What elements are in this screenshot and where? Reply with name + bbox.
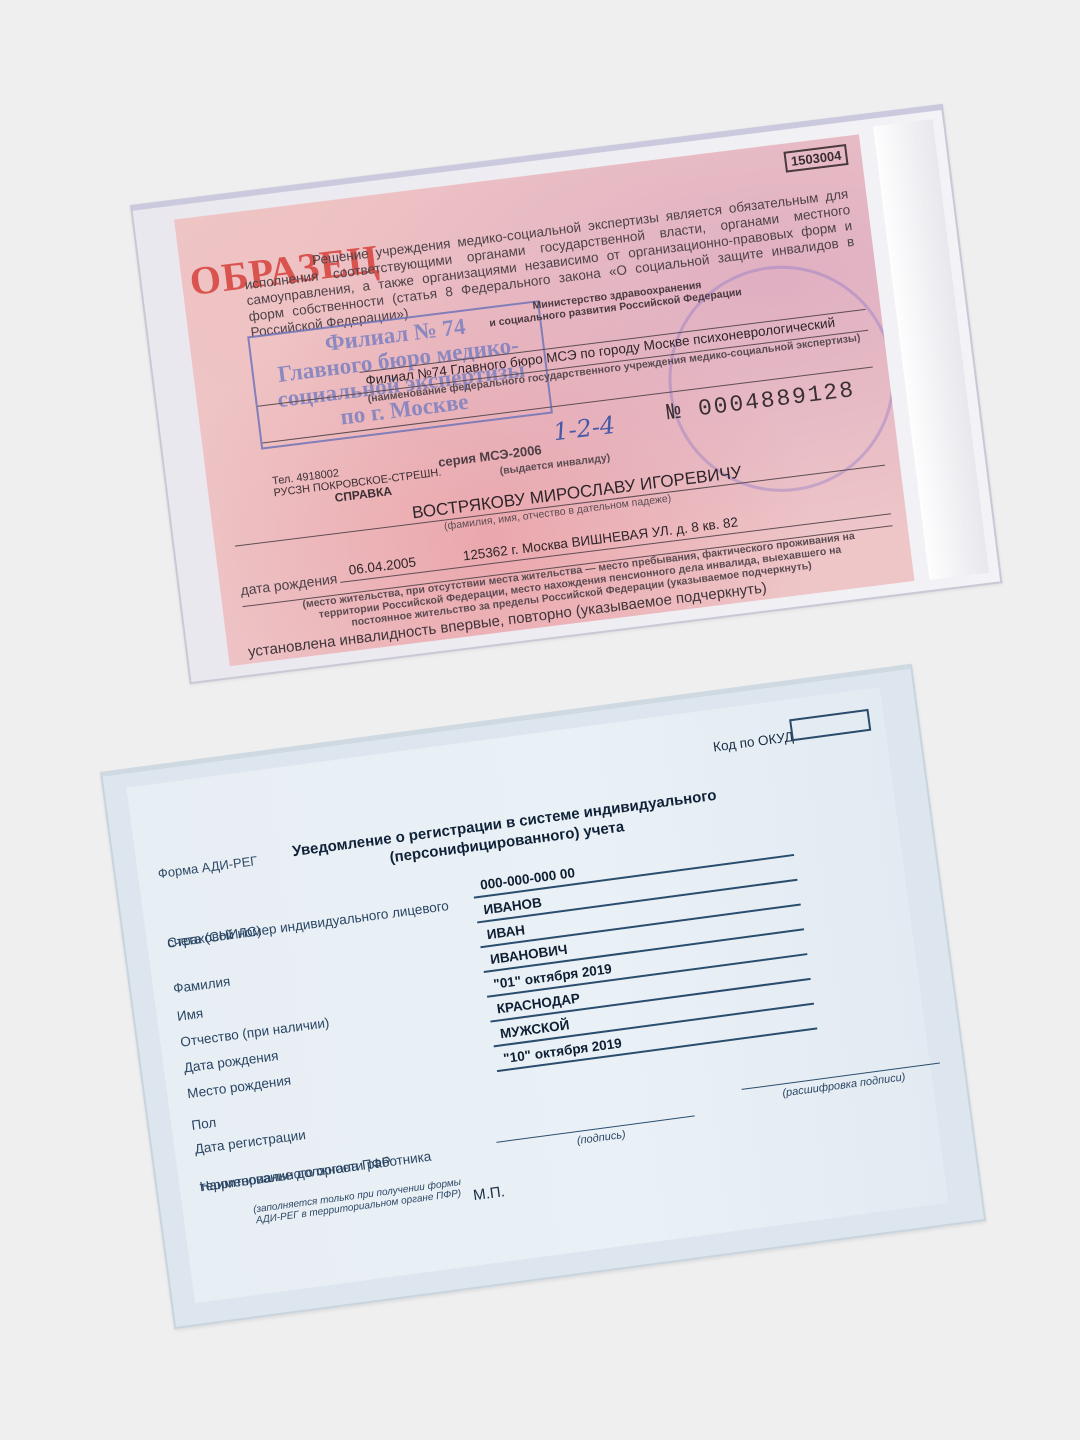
certificate-sleeve: 1503004 ОБРАЗЕЦ Решение учреждения медик… [130,104,1002,685]
sex-label: Пол [191,1115,218,1133]
pfr-note: (заполняется только при получении формы … [253,1177,464,1227]
birth-date-label: Дата рождения [183,1048,279,1075]
handwritten-mark: 1-2-4 [552,411,617,446]
disability-certificate: 1503004 ОБРАЗЕЦ Решение учреждения медик… [174,134,914,666]
adi-reg-notice: Код по ОКУД Форма АДИ-РЕГ Уведомление о … [126,687,948,1303]
signature-caption: (подпись) [576,1129,626,1147]
notice-title: Уведомление о регистрации в системе инди… [245,780,765,886]
okud-code-box [789,709,871,741]
notice-sleeve: Код по ОКУД Форма АДИ-РЕГ Уведомление о … [100,664,986,1329]
okud-label: Код по ОКУД [712,729,794,755]
dob-label: дата рождения [239,570,338,598]
registration-date-label: Дата регистрации [194,1127,307,1157]
form-code: 1503004 [784,144,849,173]
birth-place-label: Место рождения [186,1073,292,1102]
surname-label: Фамилия [172,974,231,996]
seal-label: М.П. [472,1183,506,1204]
name-label: Имя [176,1006,204,1024]
form-name: Форма АДИ-РЕГ [157,853,258,881]
